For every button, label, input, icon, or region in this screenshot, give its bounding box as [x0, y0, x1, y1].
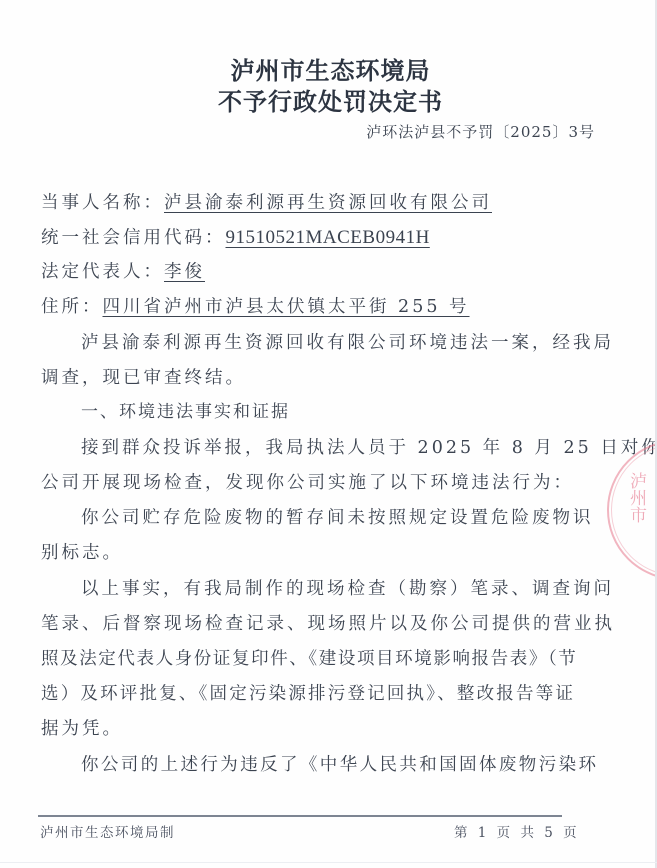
paragraph-3-line-3: 照及法定代表人身份证复印件、《建设项目环境影响报告表》（节: [41, 648, 577, 670]
party-name-row: 当事人名称：泸县渝泰利源再生资源回收有限公司: [41, 192, 492, 214]
address-label: 住所：: [41, 297, 103, 317]
footer-divider: [38, 815, 562, 817]
document-title-type: 不予行政处罚决定书: [0, 82, 655, 117]
credit-code-row: 统一社会信用代码：91510521MACEB0941H: [41, 227, 430, 249]
official-seal-text: 泸州市: [626, 472, 648, 523]
paragraph-1-line-2: 公司开展现场检查，发现你公司实施了以下环境违法行为：: [41, 472, 574, 494]
footer-page-number: 第 1 页 共 5 页: [454, 821, 578, 841]
address-row: 住所：四川省泸州市泸县太伏镇太平街 255 号: [41, 296, 470, 318]
legal-rep-label: 法定代表人：: [41, 262, 164, 282]
legal-rep-value: 李俊: [164, 262, 205, 282]
paragraph-3-line-4: 选）及环评批复、《固定污染源排污登记回执》、整改报告等证: [41, 683, 575, 705]
credit-code-value: 91510521MACEB0941H: [226, 227, 430, 248]
paragraph-1-line-1: 接到群众投诉举报，我局执法人员于 2025 年 8 月 25 日对你: [81, 437, 655, 459]
document-number: 泸环法泸县不予罚〔2025〕3号: [366, 121, 595, 142]
paragraph-2-line-2: 别标志。: [41, 542, 123, 564]
address-value: 四川省泸州市泸县太伏镇太平街 255 号: [103, 297, 470, 317]
intro-line-1: 泸县渝泰利源再生资源回收有限公司环境违法一案，经我局: [81, 332, 614, 354]
paragraph-3-line-2: 笔录、后督察现场检查记录、现场照片以及你公司提供的营业执: [41, 613, 615, 635]
page-content: 泸州市生态环境局 不予行政处罚决定书 泸环法泸县不予罚〔2025〕3号 当事人名…: [0, 0, 655, 868]
paragraph-2-line-1: 你公司贮存危险废物的暂存间未按照规定设置危险废物识: [81, 507, 594, 529]
document-title-agency: 泸州市生态环境局: [0, 51, 655, 86]
intro-line-2: 调查，现已审查终结。: [41, 367, 246, 389]
section-heading-facts: 一、环境违法事实和证据: [81, 401, 290, 423]
paragraph-3-line-5: 据为凭。: [41, 718, 123, 740]
paragraph-3-line-1: 以上事实，有我局制作的现场检查（勘察）笔录、调查询问: [81, 578, 614, 600]
footer-issuer: 泸州市生态环境局制: [40, 821, 175, 841]
legal-rep-row: 法定代表人：李俊: [41, 261, 205, 283]
paragraph-4-line-1: 你公司的上述行为违反了《中华人民共和国固体废物污染环: [81, 754, 598, 776]
credit-code-label: 统一社会信用代码：: [41, 228, 226, 248]
party-name-label: 当事人名称：: [41, 193, 164, 213]
party-name-value: 泸县渝泰利源再生资源回收有限公司: [164, 193, 492, 213]
